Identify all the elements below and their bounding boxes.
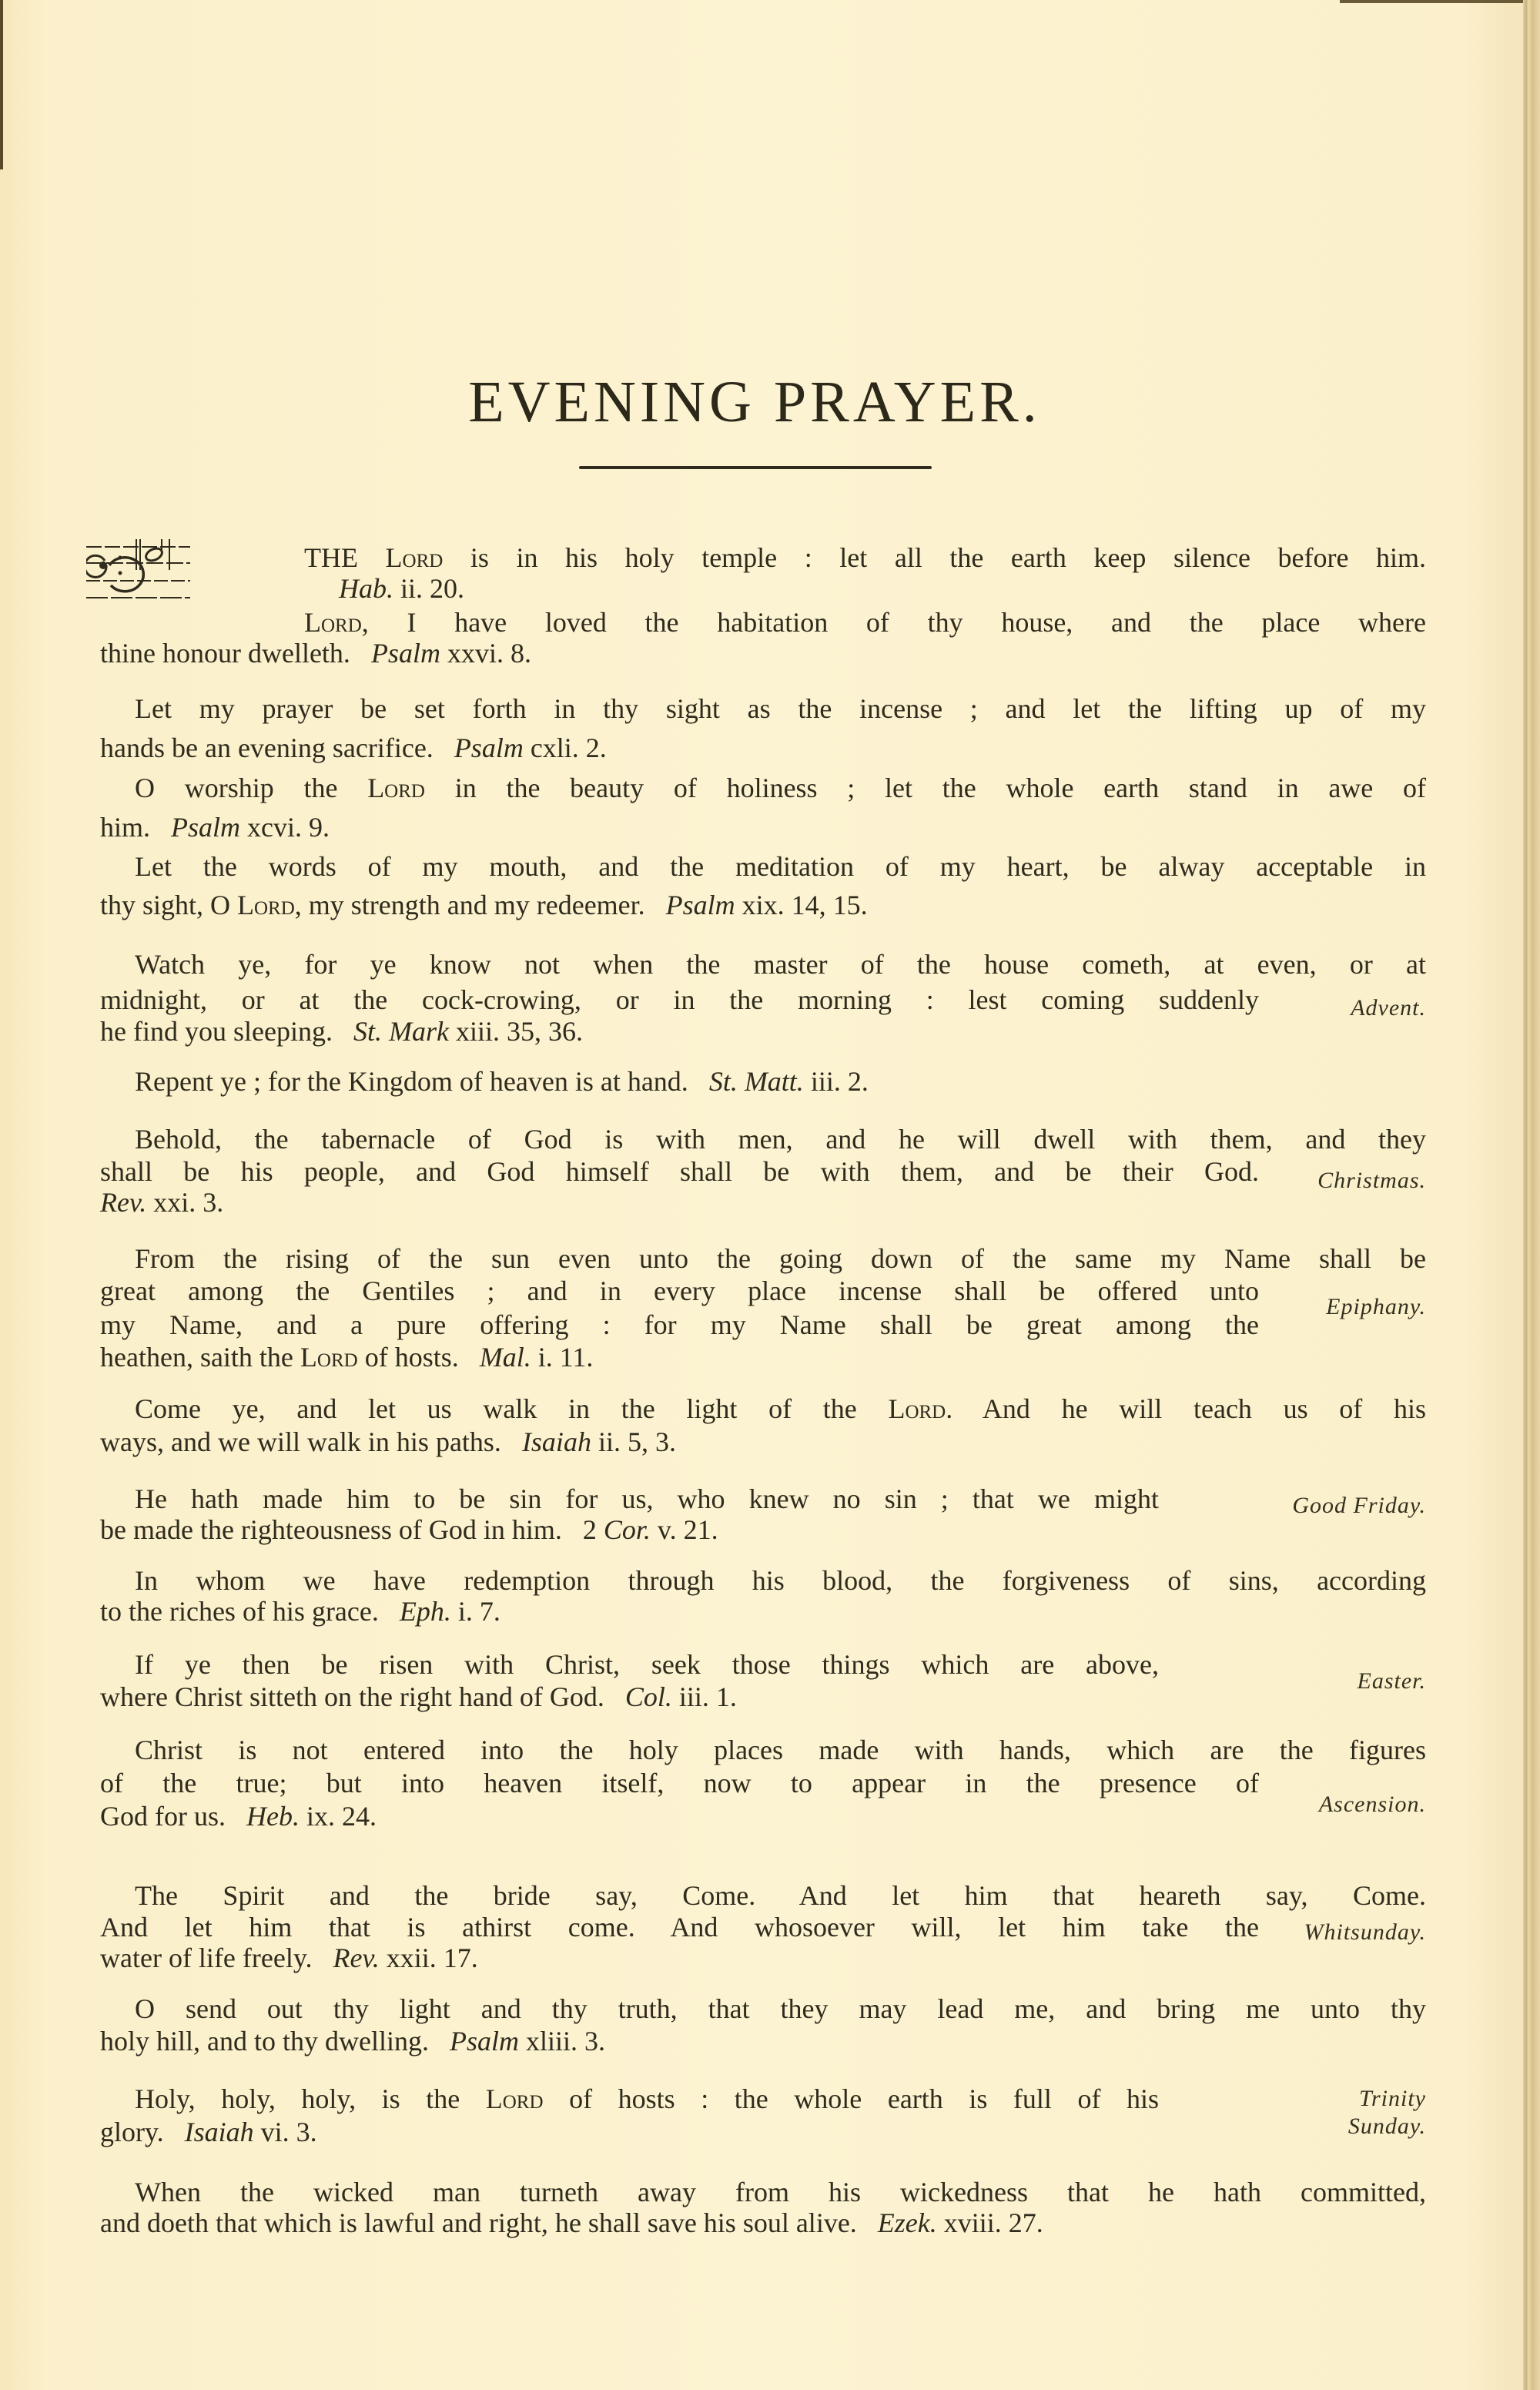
season-label: Sunday.	[1348, 2113, 1426, 2140]
scripture-ref-verse: i. 11.	[531, 1342, 594, 1373]
sentence-text: Watch ye, for ye know not when the maste…	[135, 949, 1426, 980]
season-label: Good Friday.	[1292, 1493, 1426, 1519]
scripture-ref-book: Eph.	[400, 1596, 451, 1627]
sentence-text: is in his holy temple : let all the eart…	[443, 542, 1426, 573]
sentence-text: ways, and we will walk in his paths.	[100, 1426, 501, 1457]
sentence-line: water of life freely. Rev. xxii. 17.	[100, 1943, 478, 1973]
sentence-line: thy sight, O Lord, my strength and my re…	[100, 890, 868, 920]
scripture-ref-prefix: 2	[583, 1514, 604, 1545]
scripture-ref-book: Col.	[625, 1681, 672, 1712]
sentence-line: heathen, saith the Lord of hosts. Mal. i…	[100, 1342, 593, 1373]
sentence-text: And let him that is athirst come. And wh…	[100, 1912, 1259, 1943]
sentence-line: The Spirit and the bride say, Come. And …	[135, 1880, 1426, 1911]
sentence-text: holy hill, and to thy dwelling.	[100, 2026, 429, 2056]
sentence-text: O worship the	[135, 773, 367, 803]
sentence-line: to the riches of his grace. Eph. i. 7.	[100, 1596, 500, 1627]
sentence-line: where Christ sitteth on the right hand o…	[100, 1681, 737, 1712]
sentence-text: Let the words of my mouth, and the medit…	[135, 851, 1426, 882]
sentence-line: Holy, holy, holy, is the Lord of hosts :…	[135, 2083, 1159, 2114]
scripture-ref-verse: xix. 14, 15.	[735, 890, 868, 920]
scripture-ref-book: Isaiah	[185, 2117, 254, 2147]
sentence-line: When the wicked man turneth away from hi…	[135, 2177, 1426, 2207]
sentence-line: hands be an evening sacrifice. Psalm cxl…	[100, 732, 607, 763]
scripture-ref-book: Cor.	[604, 1514, 651, 1545]
sentence-text: Christ is not entered into the holy plac…	[135, 1735, 1426, 1765]
season-label: Ascension.	[1319, 1792, 1426, 1818]
scripture-ref-book: St. Mark	[353, 1016, 449, 1047]
scripture-ref-book: Psalm	[666, 890, 735, 920]
sentence-line: God for us. Heb. ix. 24.	[100, 1801, 377, 1832]
sentence-line: thine honour dwelleth. Psalm xxvi. 8.	[100, 638, 531, 669]
scripture-ref-book: Mal.	[480, 1342, 531, 1373]
divine-name: Lord	[367, 773, 425, 803]
divine-name: Lord	[304, 607, 362, 638]
scripture-ref-verse: v. 21.	[651, 1514, 718, 1545]
scripture-ref-verse: cxli. 2.	[524, 732, 607, 763]
sentence-line: Hab. ii. 20.	[339, 573, 464, 604]
sentence-text: Repent ye ; for the Kingdom of heaven is…	[135, 1066, 688, 1097]
sentence-text: , my strength and my redeemer.	[295, 890, 645, 920]
divine-name: Lord	[386, 542, 444, 573]
sentence-line: Rev. xxi. 3.	[100, 1187, 223, 1218]
sentence-text: to the riches of his grace.	[100, 1596, 379, 1627]
scripture-ref-book: Rev.	[333, 1943, 380, 1973]
sentence-line: If ye then be risen with Christ, seek th…	[135, 1649, 1159, 1680]
sentence-line: Let the words of my mouth, and the medit…	[135, 851, 1426, 882]
sentence-line: Come ye, and let us walk in the light of…	[135, 1393, 1426, 1424]
sentence-text: my Name, and a pure offering : for my Na…	[100, 1309, 1259, 1340]
sentence-line: and doeth that which is lawful and right…	[100, 2207, 1043, 2238]
sentence-text: thine honour dwelleth.	[100, 638, 350, 669]
sentence-text: water of life freely.	[100, 1943, 313, 1973]
sentence-line: O worship the Lord in the beauty of holi…	[135, 773, 1426, 803]
scripture-ref-verse: iii. 2.	[804, 1066, 869, 1097]
sentence-line: my Name, and a pure offering : for my Na…	[100, 1309, 1259, 1340]
divine-name: Lord	[237, 890, 295, 920]
scripture-ref-verse: xviii. 27.	[937, 2207, 1043, 2238]
scripture-ref-book: Hab.	[339, 573, 393, 604]
sentence-text: where Christ sitteth on the right hand o…	[100, 1681, 604, 1712]
season-label: Whitsunday.	[1304, 1919, 1427, 1946]
sentence-text: of hosts.	[358, 1342, 459, 1373]
season-label: Easter.	[1358, 1668, 1427, 1694]
scripture-ref-book: Heb.	[246, 1801, 300, 1832]
sentence-text: in the beauty of holiness ; let the whol…	[425, 773, 1426, 803]
sentence-line: Lord, I have loved the habitation of thy…	[304, 607, 1426, 638]
sentence-line: THE Lord is in his holy temple : let all…	[304, 542, 1426, 573]
scripture-ref-verse: vi. 3.	[254, 2117, 317, 2147]
sentence-text: him.	[100, 812, 150, 843]
sentence-line: him. Psalm xcvi. 9.	[100, 812, 330, 843]
sentence-line: of the true; but into heaven itself, now…	[100, 1768, 1259, 1798]
sentence-text: THE	[304, 542, 386, 573]
sentence-text: thy sight, O	[100, 890, 237, 920]
sentence-line: He hath made him to be sin for us, who k…	[135, 1483, 1159, 1514]
sentence-text: heathen, saith the	[100, 1342, 300, 1373]
scripture-ref-book: St. Matt.	[709, 1066, 804, 1097]
scripture-ref-book: Psalm	[171, 812, 240, 843]
scripture-ref-verse: xliii. 3.	[519, 2026, 605, 2056]
scripture-ref-verse: ix. 24.	[300, 1801, 377, 1832]
sentence-line: Repent ye ; for the Kingdom of heaven is…	[135, 1066, 869, 1097]
sentence-text: If ye then be risen with Christ, seek th…	[135, 1649, 1159, 1680]
scripture-ref-book: Ezek.	[878, 2207, 937, 2238]
scripture-ref-book: Rev.	[100, 1187, 146, 1218]
page-edge-binding	[1523, 0, 1540, 2390]
sentence-line: he find you sleeping. St. Mark xiii. 35,…	[100, 1016, 583, 1047]
sentence-line: In whom we have redemption through his b…	[135, 1565, 1426, 1596]
sentence-text: be made the righteousness of God in him.	[100, 1514, 562, 1545]
scripture-ref-verse: xxvi. 8.	[440, 638, 531, 669]
scripture-ref-verse: iii. 1.	[672, 1681, 737, 1712]
sentence-text: of hosts : the whole earth is full of hi…	[544, 2083, 1159, 2114]
sentence-text: hands be an evening sacrifice.	[100, 732, 434, 763]
scripture-ref-verse: i. 7.	[451, 1596, 500, 1627]
sentence-text: and doeth that which is lawful and right…	[100, 2207, 857, 2238]
sentence-line: O send out thy light and thy truth, that…	[135, 1993, 1426, 2024]
sentence-text: The Spirit and the bride say, Come. And …	[135, 1880, 1426, 1911]
season-label: Trinity	[1359, 2086, 1426, 2112]
sentence-text: . And he will teach us of his	[946, 1393, 1426, 1424]
sentence-line: be made the righteousness of God in him.…	[100, 1514, 718, 1545]
scripture-ref-verse: xcvi. 9.	[240, 812, 330, 843]
title-rule	[579, 466, 932, 469]
sentence-text: O send out thy light and thy truth, that…	[135, 1993, 1426, 2024]
scripture-ref-book: Isaiah	[522, 1426, 591, 1457]
sentence-line: From the rising of the sun even unto the…	[135, 1243, 1426, 1274]
divine-name: Lord	[300, 1342, 358, 1373]
sentence-line: Watch ye, for ye know not when the maste…	[135, 949, 1426, 980]
page-edge-top	[1340, 0, 1540, 3]
sentence-line: midnight, or at the cock-crowing, or in …	[100, 984, 1259, 1015]
scripture-ref-verse: xiii. 35, 36.	[449, 1016, 583, 1047]
sentence-text: From the rising of the sun even unto the…	[135, 1243, 1426, 1274]
page-edge-left	[0, 0, 3, 169]
sentence-text: of the true; but into heaven itself, now…	[100, 1768, 1259, 1798]
music-notation-icon	[86, 539, 202, 610]
sentence-text: , I have loved the habitation of thy hou…	[362, 607, 1426, 638]
sentence-text: Let my prayer be set forth in thy sight …	[135, 693, 1426, 724]
sentence-line: great among the Gentiles ; and in every …	[100, 1275, 1259, 1306]
season-label: Christmas.	[1317, 1168, 1426, 1194]
sentence-text: he find you sleeping.	[100, 1016, 333, 1047]
sentence-text: Behold, the tabernacle of God is with me…	[135, 1124, 1426, 1155]
divine-name: Lord	[888, 1393, 946, 1424]
scripture-ref-book: Psalm	[450, 2026, 519, 2056]
sentence-text: Come ye, and let us walk in the light of…	[135, 1393, 888, 1424]
sentence-text: God for us.	[100, 1801, 226, 1832]
sentence-text: glory.	[100, 2117, 164, 2147]
sentence-line: Let my prayer be set forth in thy sight …	[135, 693, 1426, 724]
scripture-ref-verse: xxii. 17.	[380, 1943, 478, 1973]
divine-name: Lord	[486, 2083, 544, 2114]
sentence-text: Holy, holy, holy, is the	[135, 2083, 486, 2114]
sentence-line: And let him that is athirst come. And wh…	[100, 1912, 1259, 1943]
scripture-ref-verse: ii. 5, 3.	[591, 1426, 676, 1457]
season-label: Advent.	[1351, 995, 1426, 1021]
sentence-text: He hath made him to be sin for us, who k…	[135, 1483, 1159, 1514]
sentence-text: When the wicked man turneth away from hi…	[135, 2177, 1426, 2207]
sentence-line: holy hill, and to thy dwelling. Psalm xl…	[100, 2026, 605, 2056]
sentence-line: shall be his people, and God himself sha…	[100, 1156, 1259, 1187]
season-label: Epiphany.	[1326, 1294, 1426, 1320]
sentence-text: shall be his people, and God himself sha…	[100, 1156, 1259, 1187]
sentence-text: great among the Gentiles ; and in every …	[100, 1275, 1259, 1306]
sentence-line: Behold, the tabernacle of God is with me…	[135, 1124, 1426, 1155]
scripture-ref-verse: ii. 20.	[393, 573, 464, 604]
scripture-ref-book: Psalm	[454, 732, 524, 763]
sentence-text: midnight, or at the cock-crowing, or in …	[100, 984, 1259, 1015]
sentence-text: In whom we have redemption through his b…	[135, 1565, 1426, 1596]
scripture-ref-book: Psalm	[371, 638, 440, 669]
scripture-ref-verse: xxi. 3.	[146, 1187, 223, 1218]
page-title: EVENING PRAYER.	[0, 369, 1509, 436]
sentence-line: ways, and we will walk in his paths. Isa…	[100, 1426, 676, 1457]
sentence-line: glory. Isaiah vi. 3.	[100, 2117, 317, 2147]
sentence-line: Christ is not entered into the holy plac…	[135, 1735, 1426, 1765]
